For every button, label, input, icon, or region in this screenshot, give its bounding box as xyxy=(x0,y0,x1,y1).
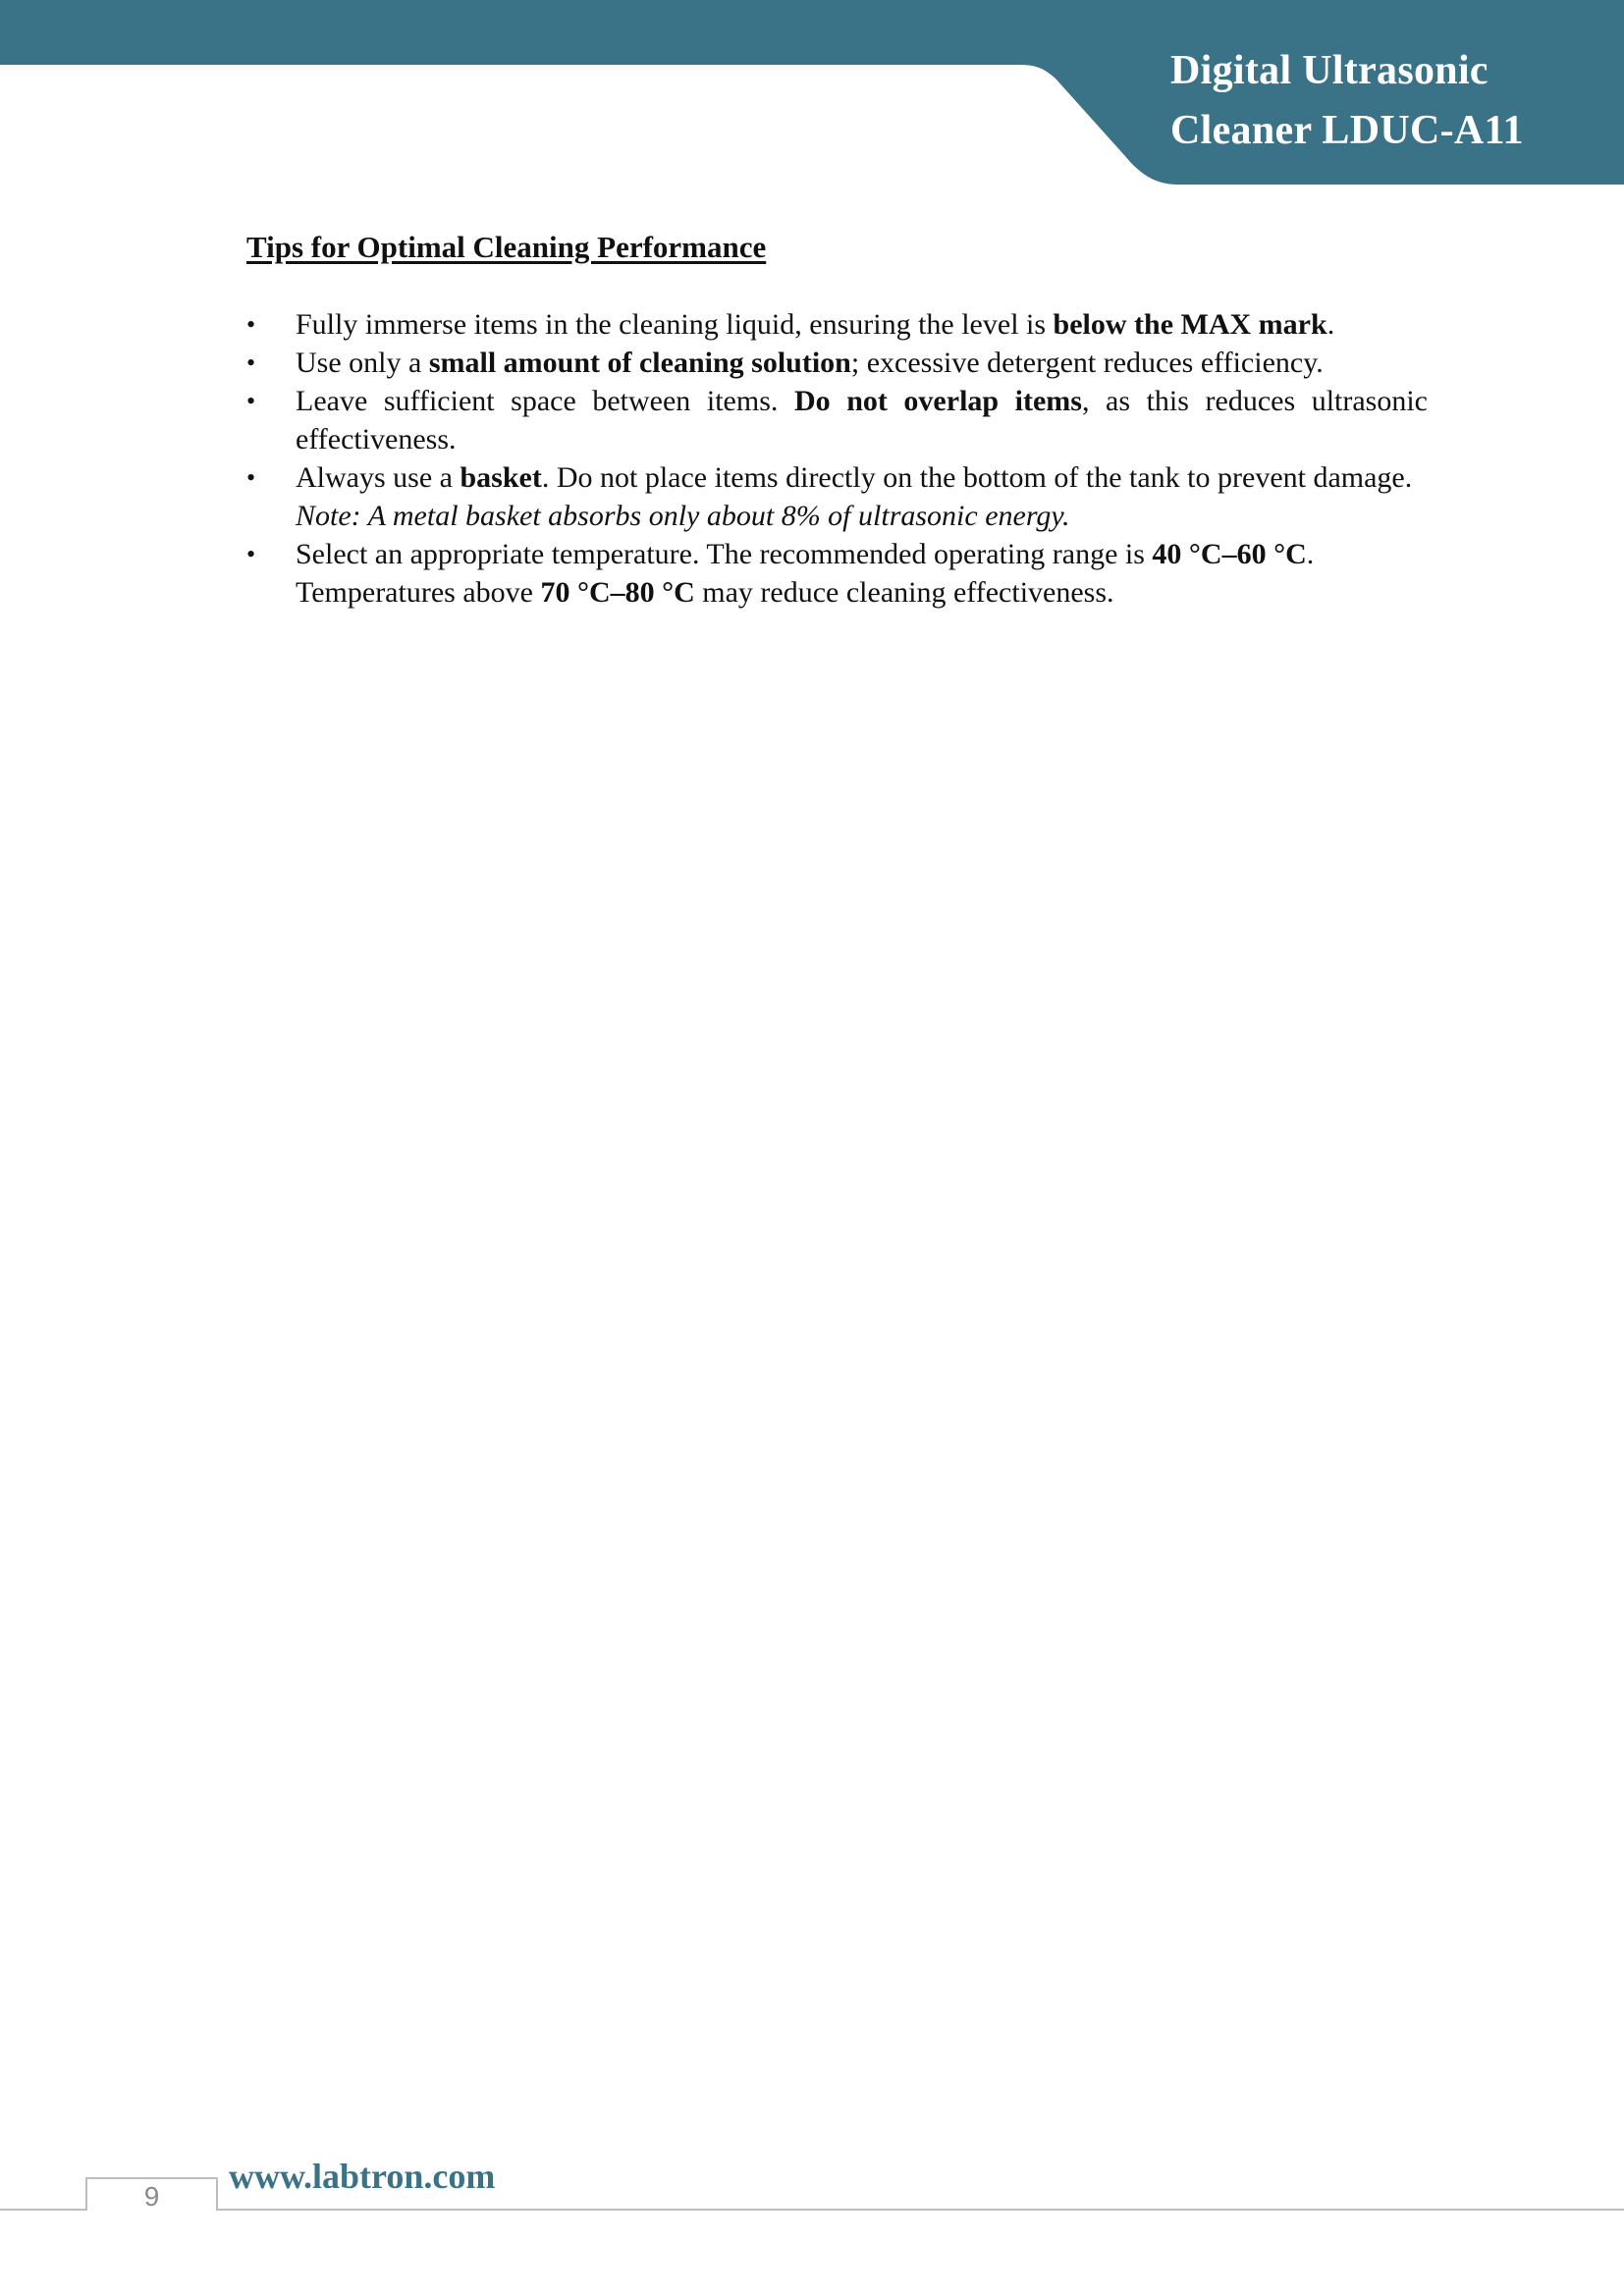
tip-text: . xyxy=(1327,308,1335,341)
bullet-icon: • xyxy=(246,458,255,497)
tip-body: Fully immerse items in the cleaning liqu… xyxy=(296,308,1334,341)
tip-text: Temperatures above xyxy=(296,576,540,609)
page-number-tab: 9 xyxy=(85,2177,218,2211)
tip-body: Use only a small amount of cleaning solu… xyxy=(296,347,1324,379)
emphasis-text: 40 °C–60 °C xyxy=(1152,538,1306,570)
document-title: Digital Ultrasonic Cleaner LDUC-A11 xyxy=(1170,41,1524,161)
emphasis-text: basket xyxy=(460,461,541,494)
emphasis-text: below the MAX mark xyxy=(1054,308,1327,341)
tip-text: Use only a xyxy=(296,347,429,379)
bullet-icon: • xyxy=(246,382,255,420)
tip-note: Note: A metal basket absorbs only about … xyxy=(296,497,1428,535)
emphasis-text: Do not overlap items xyxy=(794,385,1082,417)
tip-text: ; excessive detergent reduces efficiency… xyxy=(851,347,1324,379)
tip-item: •Always use a basket. Do not place items… xyxy=(246,458,1428,535)
tip-text: Always use a xyxy=(296,461,460,494)
footer-divider xyxy=(0,2209,1624,2211)
emphasis-text: 70 °C–80 °C xyxy=(540,576,694,609)
tip-item: •Select an appropriate temperature. The … xyxy=(246,535,1428,612)
tip-text: may reduce cleaning effectiveness. xyxy=(695,576,1114,609)
tip-subtext: Temperatures above 70 °C–80 °C may reduc… xyxy=(296,573,1428,612)
tip-text: . xyxy=(1307,538,1315,570)
tip-item: •Use only a small amount of cleaning sol… xyxy=(246,344,1428,382)
tips-list: •Fully immerse items in the cleaning liq… xyxy=(246,305,1428,612)
tip-text: Leave sufficient space between items. xyxy=(296,385,794,417)
tip-item: •Leave sufficient space between items. D… xyxy=(246,382,1428,458)
tip-body: Always use a basket. Do not place items … xyxy=(296,461,1412,494)
website-link[interactable]: www.labtron.com xyxy=(229,2156,495,2197)
bullet-icon: • xyxy=(246,344,255,382)
tip-text: Select an appropriate temperature. The r… xyxy=(296,538,1152,570)
title-line-1: Digital Ultrasonic xyxy=(1170,41,1524,101)
tip-text: . Do not place items directly on the bot… xyxy=(542,461,1412,494)
section-heading: Tips for Optimal Cleaning Performance xyxy=(246,228,1428,267)
title-line-2: Cleaner LDUC-A11 xyxy=(1170,101,1524,161)
emphasis-text: small amount of cleaning solution xyxy=(429,347,851,379)
bullet-icon: • xyxy=(246,535,255,573)
tip-text: Fully immerse items in the cleaning liqu… xyxy=(296,308,1054,341)
tip-body: Select an appropriate temperature. The r… xyxy=(296,538,1314,570)
tips-section: Tips for Optimal Cleaning Performance •F… xyxy=(246,228,1428,612)
page-number: 9 xyxy=(87,2181,216,2213)
bullet-icon: • xyxy=(246,305,255,344)
tip-item: •Fully immerse items in the cleaning liq… xyxy=(246,305,1428,344)
tip-body: Leave sufficient space between items. Do… xyxy=(296,385,1428,455)
